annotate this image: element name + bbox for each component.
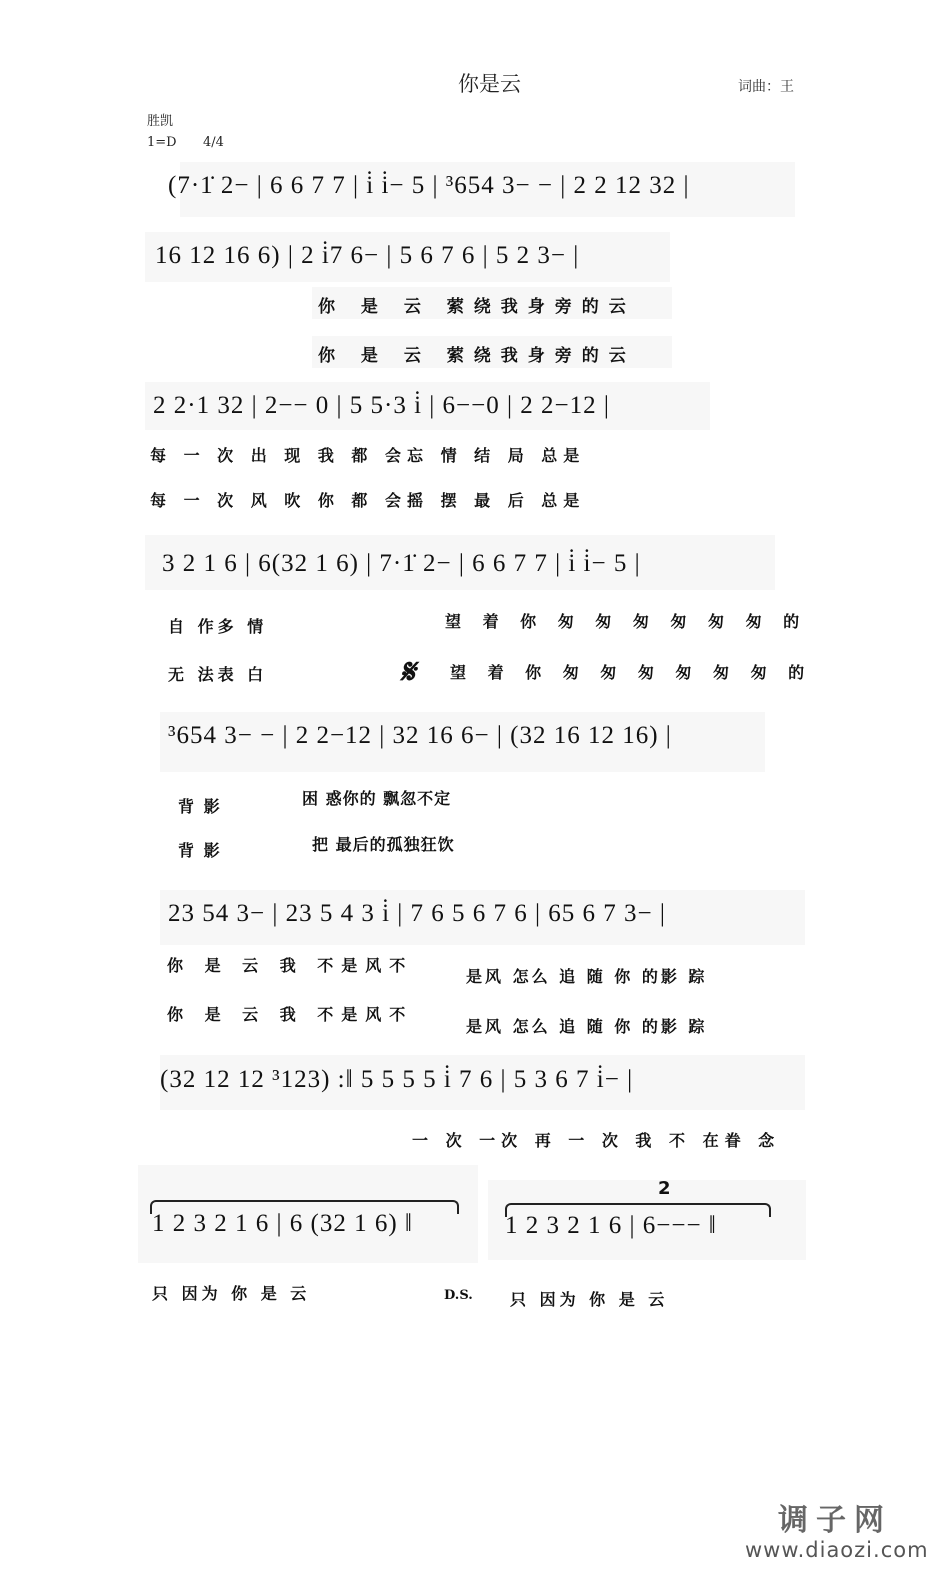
lyrics-line-7-right: 一 次 一次 再 一 次 我 不 在眷 念 (412, 1128, 780, 1151)
notation-line-3: 2 2·1 32 | 2−− 0 | 5 5·3 i̇ | 6−−0 | 2 2… (153, 392, 610, 420)
site-watermark-name: 调子网 (778, 1495, 892, 1539)
composer-name-continued: 胜凯 (147, 110, 173, 129)
second-ending-label: 2 (658, 1178, 671, 1199)
lyrics-line-3b: 每 一 次 风 吹 你 都 会摇 摆 最 后 总是 (150, 488, 585, 511)
lyrics-line-6b-left: 你 是 云 我 不是风不 (167, 1002, 413, 1025)
segno-sign-icon: 𝄋 (400, 652, 415, 692)
time-signature: 4/4 (203, 135, 224, 150)
song-title: 你是云 (458, 68, 521, 98)
first-ending-notation: 1 2 3 2 1 6 | 6 (32 1 6) ‖ (152, 1210, 413, 1238)
notation-line-7: (32 12 12 ³123) :‖ 5 5 5 5 i̇ 7 6 | 5 3 … (160, 1066, 633, 1094)
lyrics-line-4a-left: 自 作多 情 (168, 614, 267, 637)
lyrics-line-3a: 每 一 次 出 现 我 都 会忘 情 结 局 总是 (150, 443, 585, 466)
lyrics-line-6b-right: 是风 怎么 追 随 你 的影 踪 (466, 1014, 707, 1037)
lyrics-line-4b-right: 望 着 你 匆 匆 匆 匆 匆 匆 的 (450, 660, 812, 683)
key-signature: 1=D (147, 135, 177, 150)
lyrics-line-2a: 你 是 云 萦绕我身旁的云 (318, 292, 636, 317)
lyrics-line-4b-left: 无 法表 白 (168, 662, 267, 685)
notation-line-1: (7·1̇ 2− | 6 6 7 7 | i̇ i̇− 5 | ³654 3− … (168, 172, 689, 200)
second-ending-notation: 1 2 3 2 1 6 | 6−−− ‖ (505, 1212, 717, 1240)
notation-line-4: 3 2 1 6 | 6(32 1 6) | 7·1̇ 2− | 6 6 7 7 … (162, 550, 641, 578)
lyrics-line-6a-left: 你 是 云 我 不是风不 (167, 953, 413, 976)
lyrics-line-6a-right: 是风 怎么 追 随 你 的影 踪 (466, 964, 707, 987)
site-watermark-url[interactable]: www.diaozi.com (745, 1538, 929, 1562)
lyrics-line-5b-left: 背 影 (178, 838, 222, 861)
notation-line-6: 23 54 3− | 23 5 4 3 i̇ | 7 6 5 6 7 6 | 6… (168, 900, 666, 928)
notation-line-5: ³654 3− − | 2 2−12 | 32 16 6− | (32 16 1… (168, 722, 672, 750)
lyrics-line-5b-right: 把 最后的孤独狂饮 (312, 832, 455, 855)
notation-line-2: 16 12 16 6) | 2 i̇7 6− | 5 6 7 6 | 5 2 3… (155, 242, 579, 270)
lyrics-ending-2: 只 因为 你 是 云 (510, 1287, 668, 1310)
lyrics-line-2b: 你 是 云 萦绕我身旁的云 (318, 341, 636, 366)
lyrics-line-4a-right: 望 着 你 匆 匆 匆 匆 匆 匆 的 (445, 609, 807, 632)
dal-segno-marking: D.S. (444, 1288, 473, 1303)
lyrics-line-5a-right: 困 惑你的 飘忽不定 (302, 786, 451, 809)
lyricist-composer-credit: 词曲：王 (738, 76, 794, 96)
lyrics-line-5a-left: 背 影 (178, 794, 222, 817)
lyrics-ending-1: 只 因为 你 是 云 (152, 1281, 310, 1304)
